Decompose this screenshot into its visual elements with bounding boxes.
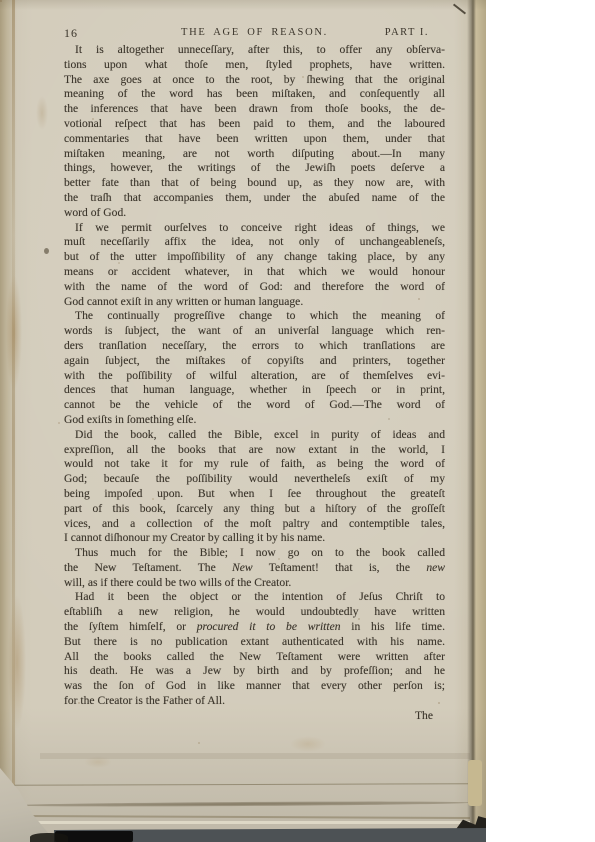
text-line: better fate than that of being bound up,…: [64, 176, 445, 191]
text-line: the New Teſtament. The New Teſtament! th…: [64, 561, 445, 576]
foxing-spot: [290, 736, 326, 752]
text-line: part of this book, ſcarcely any thing bu…: [64, 502, 445, 517]
text-line: But there is no publication extant authe…: [64, 635, 445, 650]
text-line: vices, and a collection of the moſt palt…: [64, 517, 445, 532]
edge-stain: [6, 275, 22, 390]
text-line: commentaries that have been written upon…: [64, 132, 445, 147]
paper-wrinkle: [40, 753, 470, 759]
text-line: words is ſubject, the want of an univerſ…: [64, 324, 445, 339]
page-edge-tab: [468, 760, 482, 806]
text-line: The axe goes at once to the root, by ſhe…: [64, 73, 445, 88]
text-line: votional reſpect that has been paid to t…: [64, 117, 445, 132]
paper-wrinkle-highlight: [24, 821, 470, 824]
text-line: was the ſon of God in like manner that e…: [64, 679, 445, 694]
text-line: things, however, the writings of the Jew…: [64, 161, 445, 176]
text-line: with the name of the word of God: and th…: [64, 280, 445, 295]
text-line: again ſubject, the miſtakes of copyiſts …: [64, 354, 445, 369]
text-line: cannot be the vehicle of the word of God…: [64, 398, 445, 413]
ink-spot: [44, 248, 49, 254]
text-line: the traſh that accompanies them, under t…: [64, 191, 445, 206]
text-line: I cannot diſhonour my Creator by calling…: [64, 531, 445, 546]
edge-stain: [36, 96, 48, 130]
text-line: dences that human language, whether in ſ…: [64, 383, 445, 398]
text-line: God exiſts in ſomething elſe.: [64, 413, 445, 428]
text-line: It is altogether unneceſſary, after this…: [64, 43, 445, 58]
text-line: Did the book, called the Bible, excel in…: [64, 428, 445, 443]
text-line: for the Creator is the Father of All.: [64, 694, 445, 709]
paragraph: If we permit ourſelves to conceive right…: [64, 221, 445, 310]
text-line: the ſyſtem himſelf, or procured it to be…: [64, 620, 445, 635]
part-label: PART I.: [385, 27, 429, 38]
page-header: 16 THE AGE OF REASON. PART I.: [64, 26, 445, 40]
text-line: Had it been the object or the intention …: [64, 590, 445, 605]
text-line: his death. He was a Jew by birth and by …: [64, 664, 445, 679]
text-line: the inferences that have been drawn from…: [64, 102, 445, 117]
text-line: will, as if there could be two wills of …: [64, 576, 445, 591]
text-line: All the books called the New Teſtament w…: [64, 650, 445, 665]
text-line: tions upon what thoſe men, ſtyled prophe…: [64, 58, 445, 73]
text-line: being impoſed upon. But when I ſee throu…: [64, 487, 445, 502]
text-line: word of God.: [64, 206, 445, 221]
text-line: muſt neceſſarily affix the idea, not onl…: [64, 235, 445, 250]
text-line: would not take it for my rule of faith, …: [64, 457, 445, 472]
text-line: The continually progreſſive change to wh…: [64, 309, 445, 324]
paragraph: Did the book, called the Bible, excel in…: [64, 428, 445, 546]
paragraph: Thus much for the Bible; I now go on to …: [64, 546, 445, 590]
text-line: God cannot exiſt in any written or human…: [64, 295, 445, 310]
book-page-scan: 16 THE AGE OF REASON. PART I. It is alto…: [0, 0, 486, 842]
text-line: ders tranſlation neceſſary, the errors t…: [64, 339, 445, 354]
paragraph: It is altogether unneceſſary, after this…: [64, 43, 445, 221]
text-line: meaning of the word has been miſtaken, a…: [64, 87, 445, 102]
text-line: eſtabliſh a new religion, he would undou…: [64, 605, 445, 620]
paragraph: Had it been the object or the intention …: [64, 590, 445, 708]
text-line: miſtaken meaning, are not worth diſputin…: [64, 147, 445, 162]
text-line: expreſſion, all the books that are now e…: [64, 443, 445, 458]
screenshot-root: { "page": { "header": { "page_number": "…: [0, 0, 595, 842]
text-line: Thus much for the Bible; I now go on to …: [64, 546, 445, 561]
text-line: but of the utter impoſſibility of any ch…: [64, 250, 445, 265]
scanner-bed-shadow: [30, 833, 68, 842]
text-line: If we permit ourſelves to conceive right…: [64, 221, 445, 236]
text-line: means or accident whatever, in that whic…: [64, 265, 445, 280]
body-text: It is altogether unneceſſary, after this…: [64, 43, 445, 724]
text-line: God; becauſe the poſſibility would never…: [64, 472, 445, 487]
paragraph: The continually progreſſive change to wh…: [64, 309, 445, 427]
catchword: The: [64, 709, 445, 724]
paper-speckles: [0, 0, 2, 2]
text-line: with the poſſibility of wilful alteratio…: [64, 369, 445, 384]
edge-stain: [8, 595, 26, 730]
